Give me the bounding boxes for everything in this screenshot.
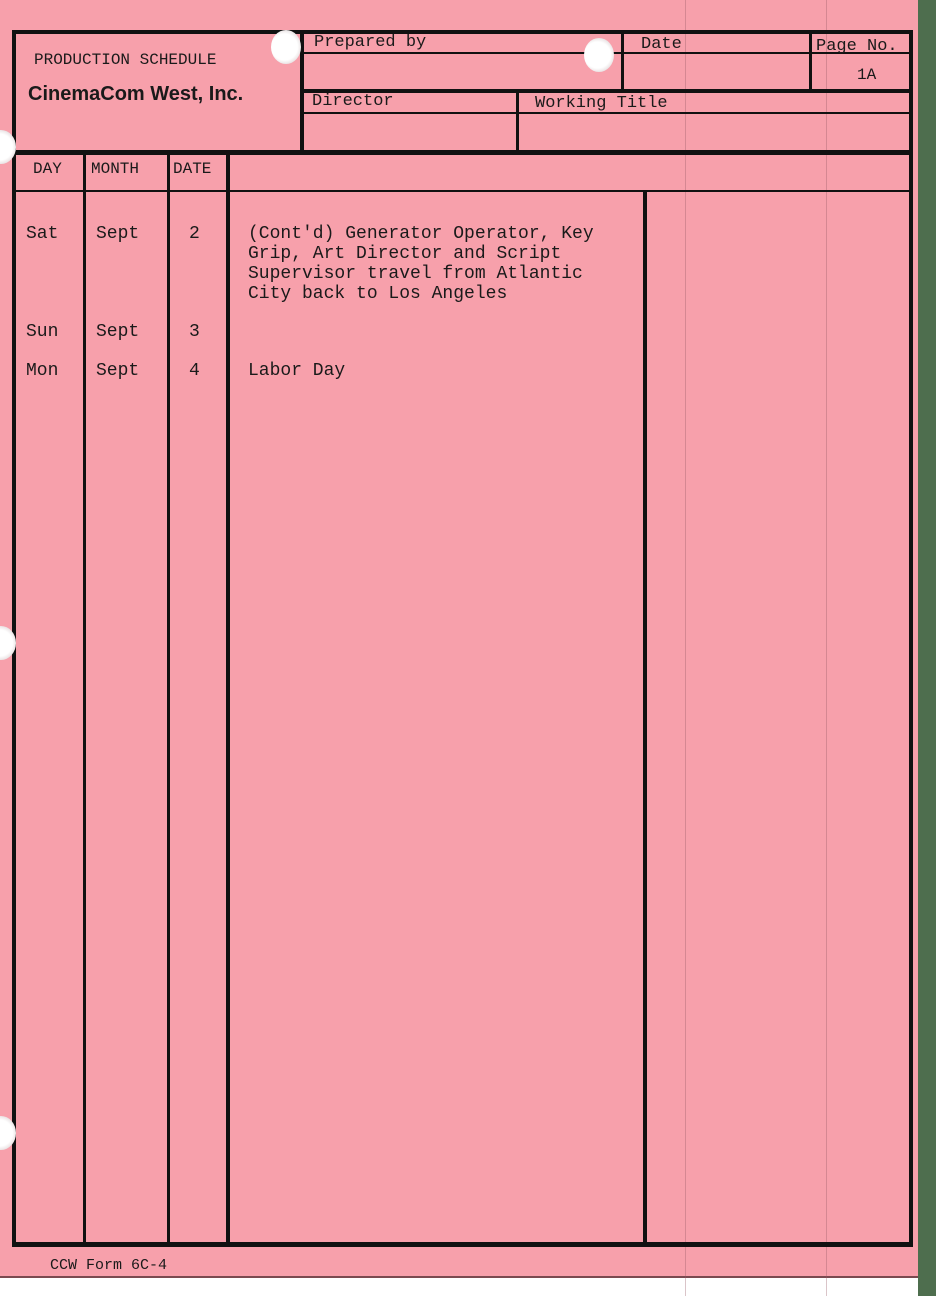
scan-edge xyxy=(918,0,936,1296)
row-month: Sept xyxy=(96,224,139,244)
header-bottom-rule xyxy=(12,150,912,155)
prepared-by-field[interactable] xyxy=(310,60,610,86)
company-name: CinemaCom West, Inc. xyxy=(28,84,243,104)
working-title-label: Working Title xyxy=(535,94,668,114)
working-title-field[interactable] xyxy=(525,118,905,146)
row-date: 3 xyxy=(189,322,200,342)
frame-bottom xyxy=(12,1242,913,1247)
column-header-date: DATE xyxy=(173,159,211,179)
row-date: 2 xyxy=(189,224,200,244)
row-month: Sept xyxy=(96,322,139,342)
director-field[interactable] xyxy=(310,118,510,146)
header-divider xyxy=(516,92,519,152)
fold-line xyxy=(685,0,686,1296)
row-day: Sat xyxy=(26,224,58,244)
column-header-rule xyxy=(12,190,912,192)
punch-hole xyxy=(271,30,301,64)
row-description: (Cont'd) Generator Operator, Key Grip, A… xyxy=(248,224,594,304)
row-date: 4 xyxy=(189,361,200,381)
form-number: CCW Form 6C-4 xyxy=(50,1256,167,1276)
header-divider xyxy=(809,30,812,92)
date-label: Date xyxy=(641,35,682,55)
column-divider xyxy=(167,152,170,1244)
date-field[interactable] xyxy=(630,60,805,86)
page-no-value[interactable]: 1A xyxy=(857,65,876,85)
column-divider xyxy=(643,192,647,1244)
row-description: Labor Day xyxy=(248,361,345,381)
director-label: Director xyxy=(312,92,394,112)
row-day: Sun xyxy=(26,322,58,342)
header-divider xyxy=(621,30,624,92)
column-header-day: DAY xyxy=(33,159,62,179)
column-header-month: MONTH xyxy=(91,159,139,179)
column-divider xyxy=(83,152,86,1244)
page-no-label: Page No. xyxy=(816,37,898,57)
fold-line xyxy=(826,0,827,1296)
column-divider xyxy=(226,152,230,1244)
prepared-by-label: Prepared by xyxy=(314,33,426,53)
row-month: Sept xyxy=(96,361,139,381)
row-day: Mon xyxy=(26,361,58,381)
frame-top xyxy=(12,30,912,34)
frame-right xyxy=(909,30,913,1246)
schedule-form-sheet: PRODUCTION SCHEDULE CinemaCom West, Inc.… xyxy=(0,0,918,1278)
form-title: PRODUCTION SCHEDULE xyxy=(34,50,216,70)
